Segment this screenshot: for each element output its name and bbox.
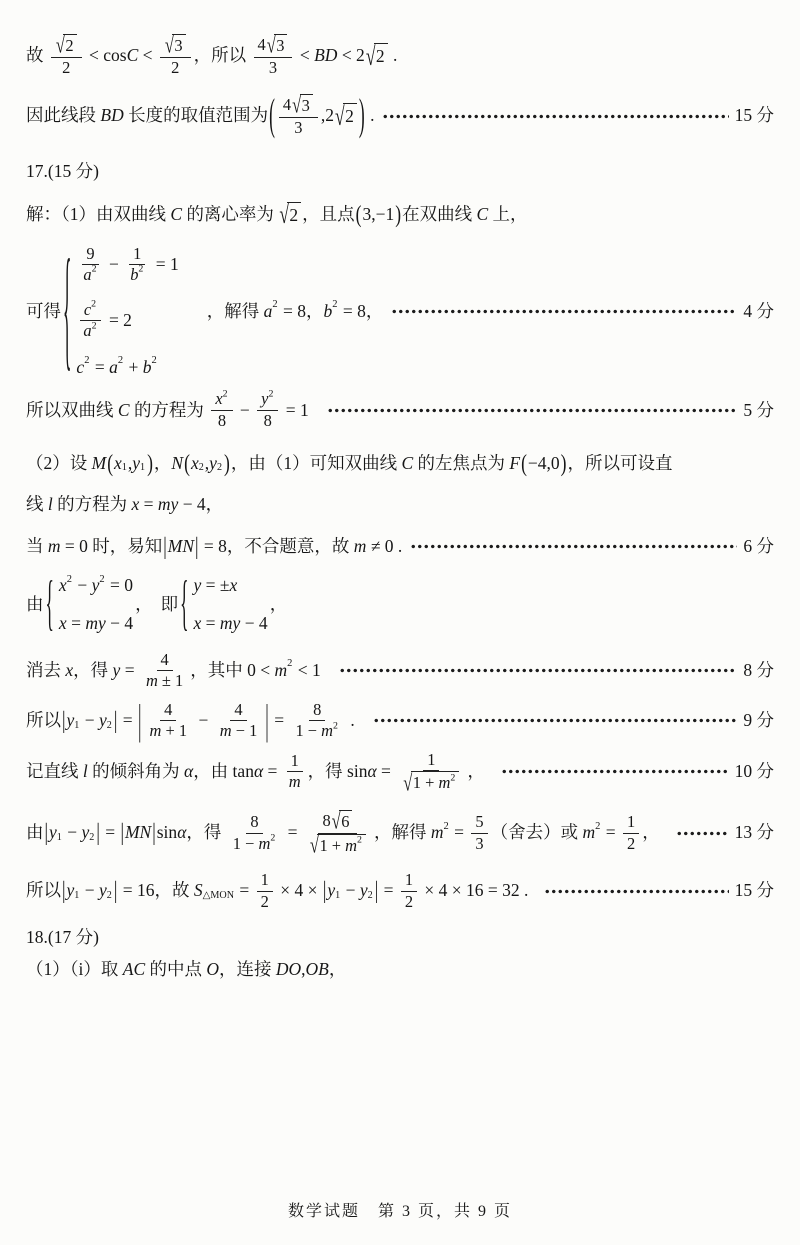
text: ， (270, 593, 288, 617)
denominator: a2 (79, 265, 101, 286)
text: 17.(15 分) (26, 160, 99, 184)
subscript: 1 (122, 463, 127, 473)
radicand: 2 (63, 34, 76, 57)
text: = (139, 493, 158, 517)
numerator: √2 (51, 34, 82, 58)
text: = (450, 821, 469, 845)
math-var: c (84, 300, 91, 321)
fraction: 1b2 (126, 244, 148, 286)
fraction: x28 (211, 389, 232, 431)
denominator: m (285, 772, 305, 793)
text: 1 + (413, 773, 439, 794)
line-1: 故 √22 < cosC < √32，所以 4√33 < BD < 2√2 . (0, 34, 800, 78)
text: = (90, 356, 109, 380)
text: 1 (261, 870, 269, 891)
left-delimiter: ( (184, 451, 190, 475)
radicand: 3 (300, 94, 313, 117)
left-delimiter: | (120, 821, 124, 845)
score-mark: 5 分 (743, 399, 774, 423)
text: 4 (234, 700, 242, 721)
math-var: x (132, 493, 140, 517)
math-var: m (220, 721, 232, 742)
subscript: 2 (89, 833, 94, 843)
text: ，由（1）可知双曲线 (231, 452, 402, 476)
superscript: 2 (138, 265, 143, 275)
subscript: 1 (74, 721, 79, 731)
text: 消去 (26, 659, 65, 683)
text: 所以 (26, 709, 61, 733)
numerator: 1 (423, 750, 439, 772)
right-delimiter: | (375, 879, 379, 903)
numerator: x2 (211, 389, 232, 411)
text: ， (154, 452, 172, 476)
delimited-group: |4m + 1 − 4m − 1| (138, 700, 269, 742)
right-delimiter: | (152, 821, 156, 845)
radicand: 2 (343, 103, 357, 129)
radicand: 1 + m2 (411, 771, 460, 794)
text: ，得 sin (308, 760, 368, 784)
text: 3,−1 (363, 203, 395, 227)
text: 所以 (26, 879, 61, 903)
superscript: 2 (268, 389, 273, 399)
numerator: 4 (230, 700, 246, 722)
math-var: C (170, 203, 182, 227)
math-var: S (194, 879, 203, 903)
dotted-leader (373, 716, 738, 725)
math-var: AC (123, 958, 145, 982)
fraction: 4√33 (254, 34, 293, 78)
math-var: b (143, 356, 152, 380)
text: 的左焦点为 (413, 452, 509, 476)
radical: √1 + m2 (310, 834, 366, 857)
left-delimiter: | (323, 879, 327, 903)
superscript: 2 (443, 822, 448, 833)
text: 3 (276, 36, 284, 57)
radical: √2 (279, 202, 301, 228)
subscript: 2 (107, 721, 112, 731)
superscript: 2 (450, 773, 455, 783)
text: + 1 (161, 721, 187, 742)
subscript: 1 (335, 891, 340, 901)
text: 2 (289, 204, 298, 228)
left-delimiter: ( (269, 94, 275, 138)
text: = 0 时，易知 (61, 535, 163, 559)
line-16: 18.(17 分) (0, 926, 800, 950)
numerator: 5 (471, 812, 487, 834)
denominator: m − 1 (216, 721, 262, 742)
right-delimiter: | (195, 535, 199, 559)
numerator: 8 (309, 700, 325, 722)
text: 即 (161, 593, 179, 617)
numerator: 4 (157, 650, 173, 672)
group-content: y1 − y2 (48, 821, 96, 845)
dotted-leader (501, 767, 729, 776)
denominator: 3 (471, 834, 487, 855)
text: 2 (171, 58, 179, 79)
math-var: x (215, 389, 222, 410)
text: − (80, 709, 99, 733)
math-var: x (230, 574, 238, 598)
math-var: a (83, 265, 91, 286)
text: = (101, 821, 120, 845)
text: 1 − (295, 721, 321, 742)
text: = (118, 709, 137, 733)
text: ，连接 (219, 958, 276, 982)
delimited-group: |y1 − y2| (323, 879, 378, 903)
text: 2 (261, 892, 269, 913)
math-var: m (582, 821, 595, 845)
text: ， (642, 821, 660, 845)
text: − (341, 879, 360, 903)
score-mark: 9 分 (743, 709, 774, 733)
fraction: c2a2 (79, 300, 101, 342)
text: − 1 (232, 721, 258, 742)
math-var: x (191, 452, 199, 476)
left-delimiter: ( (356, 203, 362, 227)
group-content: −4,0 (527, 452, 561, 476)
score-mark: 10 分 (735, 760, 774, 784)
text: ± 1 (158, 671, 183, 692)
right-delimiter: ) (147, 451, 153, 475)
text: = 8， (338, 300, 383, 324)
text: ，得 (186, 821, 225, 845)
math-var: x (114, 452, 122, 476)
text: = (379, 879, 398, 903)
numerator: 4√3 (254, 34, 293, 58)
text: 线 (26, 493, 48, 517)
math-var: y (92, 574, 100, 598)
text: . (366, 104, 375, 128)
text: ≠ 0 . (366, 535, 402, 559)
system-row: c2a2 = 2 (76, 300, 132, 342)
subscript: 2 (107, 891, 112, 901)
text: = 1 (151, 253, 178, 277)
text: = (120, 659, 139, 683)
group-content: y1 − y2 (66, 879, 114, 903)
text: 记直线 (26, 760, 83, 784)
denominator: 3 (265, 58, 281, 79)
denominator: 2 (167, 58, 183, 79)
numerator: y2 (257, 389, 278, 411)
text: 的方程为 (53, 493, 132, 517)
dotted-leader (382, 112, 728, 121)
text: ,2 (321, 104, 334, 128)
radicand: 6 (339, 810, 352, 833)
dotted-leader (676, 829, 729, 838)
math-var: C (118, 399, 130, 423)
line-3: 17.(15 分) (0, 160, 800, 184)
delimited-group: |y1 − y2| (62, 879, 117, 903)
text: 3 (475, 834, 483, 855)
text: 1 − (233, 834, 259, 855)
text: = 8， (279, 300, 324, 324)
text: < 2 (337, 44, 364, 68)
group-content: x1,y1 (113, 452, 147, 476)
fraction: √32 (160, 34, 191, 78)
math-var: M (92, 452, 107, 476)
math-var: MN (168, 535, 194, 559)
text: = (601, 821, 620, 845)
denominator: 1 − m2 (229, 834, 281, 855)
text: < (295, 44, 314, 68)
text: 由 (26, 821, 44, 845)
numerator: 1 (129, 244, 145, 266)
delimited-group: (4√33,2√2) (269, 94, 365, 138)
score-mark: 4 分 (743, 300, 774, 324)
radical-sign: √ (310, 833, 319, 857)
system-row: y = ±x (194, 574, 238, 598)
text: = (235, 879, 254, 903)
system-row: x = my − 4 (59, 612, 133, 636)
superscript: 2 (223, 389, 228, 399)
score-mark: 15 分 (735, 104, 774, 128)
right-delimiter: | (96, 821, 100, 845)
system-rows: y = ±xx = my − 4 (189, 574, 268, 635)
denominator: b2 (126, 265, 148, 286)
text: − (194, 709, 213, 733)
text: 1 + (319, 836, 345, 857)
group-content: x2,y2 (190, 452, 224, 476)
line-10: 由{x2 − y2 = 0x = my − 4，即{y = ±xx = my −… (0, 574, 800, 635)
fraction: 12 (257, 870, 273, 912)
text: 8 (313, 700, 321, 721)
text: − (105, 253, 124, 277)
fraction: 81 − m2 (291, 700, 343, 742)
dotted-leader (327, 406, 738, 415)
text: 8 (264, 411, 272, 432)
right-delimiter: | (114, 879, 118, 903)
math-var: y (99, 879, 107, 903)
radical-sign: √ (292, 93, 301, 117)
math-var: m (439, 773, 451, 794)
superscript: 2 (272, 300, 277, 311)
radicand: 3 (172, 34, 185, 57)
page-footer: 数学试题 第 3 页，共 9 页 (0, 1198, 800, 1245)
score-mark: 15 分 (735, 879, 774, 903)
numerator: 1 (287, 751, 303, 773)
superscript: 2 (595, 822, 600, 833)
radical: √1 + m2 (403, 771, 459, 794)
denominator: 2 (257, 892, 273, 913)
text: ，所以 (194, 44, 251, 68)
math-var: y (261, 389, 268, 410)
math-var: my (85, 612, 105, 636)
math-var: a (109, 356, 118, 380)
equation-system: {9a2 − 1b2 = 1c2a2 = 2c2 = a2 + b2 (63, 244, 179, 380)
text: 所以双曲线 (26, 399, 118, 423)
text: 解：（1）由双曲线 (26, 203, 170, 227)
math-var: y (67, 709, 75, 733)
radical: √3 (165, 34, 186, 57)
math-var: DO (276, 958, 301, 982)
math-var: a (264, 300, 273, 324)
math-var: y (99, 709, 107, 733)
math-var: BD (100, 104, 123, 128)
radicand: 2 (374, 43, 388, 69)
superscript: 2 (270, 833, 275, 843)
dotted-leader (391, 307, 737, 316)
text: 4 (161, 650, 169, 671)
text: − 4 (240, 612, 267, 636)
radical-sign: √ (366, 42, 376, 69)
line-4: 解：（1）由双曲线 C 的离心率为 √2，且点(3,−1)在双曲线 C 上， (0, 202, 800, 228)
text: = (270, 709, 289, 733)
subscript: 1 (57, 833, 62, 843)
text: −4,0 (528, 452, 560, 476)
text: 3 (294, 118, 302, 139)
text: sin (157, 821, 177, 845)
fraction: 4m + 1 (145, 700, 191, 742)
text: × 4 × 16 = 32 . (420, 879, 528, 903)
text: 1 (627, 812, 635, 833)
line-15: 所以|y1 − y2| = 16，故 S△MON = 12 × 4 × |y1 … (0, 870, 800, 912)
text: 故 (26, 44, 48, 68)
delimited-group: (x1,y1) (107, 452, 153, 476)
text: ，解得 (207, 300, 264, 324)
text: 18.(17 分) (26, 926, 99, 950)
denominator: 2 (401, 892, 417, 913)
superscript: 2 (92, 265, 97, 275)
math-var: b (323, 300, 332, 324)
math-var: a (83, 321, 91, 342)
numerator: 4 (160, 700, 176, 722)
text: = (283, 821, 302, 845)
brace-delimiter: { (180, 574, 188, 635)
numerator: 8√6 (318, 810, 357, 834)
subscript: 2 (368, 891, 373, 901)
text: 1 (405, 870, 413, 891)
superscript: 2 (99, 575, 104, 586)
fraction: 12 (623, 812, 639, 854)
denominator: 2 (58, 58, 74, 79)
numerator: √3 (160, 34, 191, 58)
text: 6 (341, 812, 349, 833)
text: ，所以可设直 (568, 452, 673, 476)
text: ， (135, 593, 153, 617)
text: 3 (269, 58, 277, 79)
denominator: m + 1 (145, 721, 191, 742)
score-mark: 6 分 (743, 535, 774, 559)
text: = 8，不合题意，故 (200, 535, 354, 559)
fraction: 1√1 + m2 (398, 750, 464, 794)
delimited-group: (−4,0) (521, 452, 566, 476)
system-rows: 9a2 − 1b2 = 1c2a2 = 2c2 = a2 + b2 (71, 244, 178, 380)
numerator: c2 (80, 300, 101, 322)
radicand: 3 (274, 34, 287, 57)
text: − 4 (106, 612, 133, 636)
delimited-group: |y1 − y2| (45, 821, 100, 845)
left-delimiter: ( (521, 451, 527, 475)
math-var: y (209, 452, 217, 476)
text: 5 (475, 812, 483, 833)
text: 由 (26, 593, 44, 617)
text: ， (467, 760, 485, 784)
fraction: y28 (257, 389, 278, 431)
fraction: 81 − m2 (229, 812, 281, 854)
subscript: 1 (140, 463, 145, 473)
text: = (67, 612, 86, 636)
text: × 4 × (276, 879, 322, 903)
math-var: b (130, 265, 138, 286)
text: = 2 (105, 309, 132, 333)
text: 4 (283, 95, 291, 116)
system-row: x = my − 4 (194, 612, 268, 636)
math-var: C (476, 203, 488, 227)
math-var: m (146, 671, 158, 692)
text: − (63, 821, 82, 845)
denominator: 8 (214, 411, 230, 432)
line-14: 由|y1 − y2| = |MN|sinα，得 81 − m2 = 8√6√1 … (0, 810, 800, 856)
text: ，且点 (302, 203, 355, 227)
superscript: 2 (357, 835, 362, 845)
math-var: m (345, 836, 357, 857)
radicand: 2 (287, 202, 301, 228)
line-12: 所以|y1 − y2| = |4m + 1 − 4m − 1| = 81 − m… (0, 700, 800, 742)
math-var: m (258, 834, 270, 855)
superscript: 2 (151, 357, 156, 368)
text: ，解得 (374, 821, 431, 845)
math-var: y (49, 821, 57, 845)
math-var: C (401, 452, 413, 476)
math-var: x (59, 612, 67, 636)
text: ，由 tan (193, 760, 254, 784)
dotted-leader (339, 666, 738, 675)
denominator: 1 − m2 (291, 721, 343, 742)
text: ， (329, 958, 347, 982)
text: . (346, 709, 355, 733)
dotted-leader (410, 542, 737, 551)
left-delimiter: ( (107, 451, 113, 475)
text: 8 (322, 811, 330, 832)
math-var: C (127, 44, 139, 68)
fraction: 4m ± 1 (142, 650, 187, 692)
math-var: m (149, 721, 161, 742)
text: 当 (26, 535, 48, 559)
delimited-group: |MN| (163, 535, 198, 559)
fraction: 1m (285, 751, 305, 793)
denominator: 3 (290, 118, 306, 139)
text: . (389, 44, 398, 68)
right-delimiter: | (114, 709, 118, 733)
text: + (124, 356, 143, 380)
text: ，得 (73, 659, 112, 683)
superscript: 2 (92, 321, 97, 331)
right-delimiter: ) (359, 94, 365, 138)
math-var: MN (125, 821, 151, 845)
text: 的离心率为 (182, 203, 278, 227)
delimited-group: (3,−1) (356, 203, 401, 227)
text: 1 (291, 751, 299, 772)
text: − 4， (178, 493, 223, 517)
line-5: 可得{9a2 − 1b2 = 1c2a2 = 2c2 = a2 + b2，解得 … (0, 244, 800, 380)
math-var: y (113, 659, 121, 683)
line-17: （1）（i）取 AC 的中点 O，连接 DO,OB， (0, 958, 800, 982)
left-delimiter: | (138, 700, 142, 742)
text: 8 (218, 411, 226, 432)
superscript: 2 (91, 300, 96, 310)
text: 3 (174, 36, 182, 57)
text: = (377, 760, 396, 784)
score-mark: 8 分 (743, 659, 774, 683)
numerator: 9 (82, 244, 98, 266)
footer-text: 数学试题 第 3 页，共 9 页 (288, 1203, 512, 1220)
denominator: √1 + m2 (398, 771, 464, 794)
system-rows: x2 − y2 = 0x = my − 4 (54, 574, 133, 635)
superscript: 2 (67, 575, 72, 586)
denominator: √1 + m2 (305, 834, 371, 857)
line-7: （2）设 M(x1,y1)，N(x2,y2)，由（1）可知双曲线 C 的左焦点为… (0, 452, 800, 476)
numerator: 8 (246, 812, 262, 834)
